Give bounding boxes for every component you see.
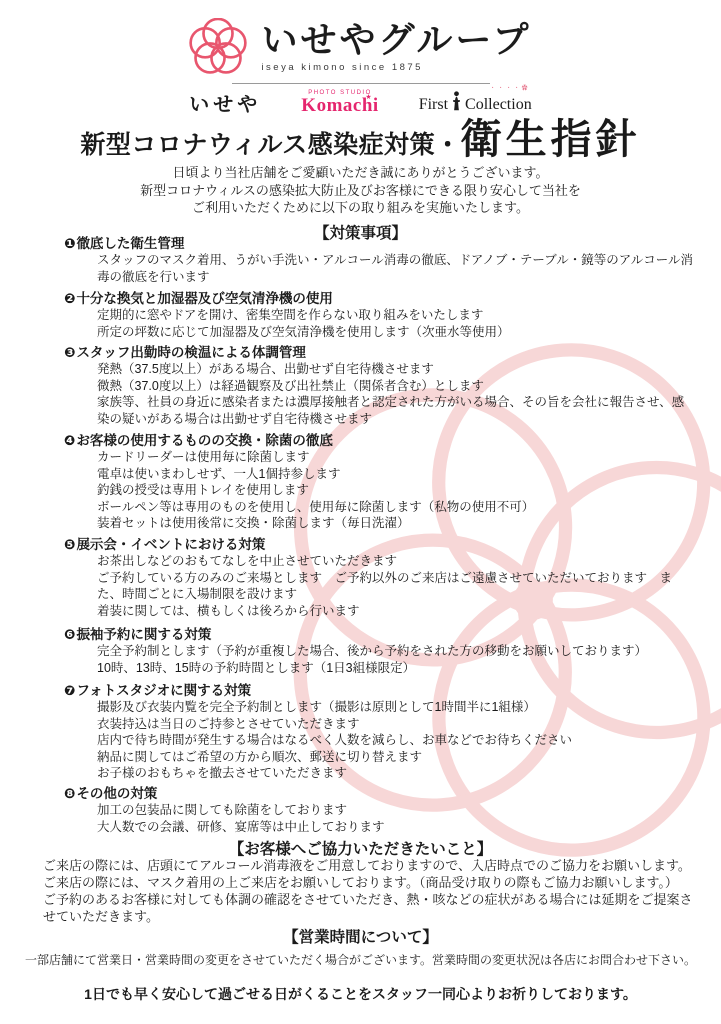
section-line: 所定の坪数に応じて加湿器及び空気清浄機を使用します（次亜水等使用） — [97, 324, 696, 341]
section-ventilation: ❷十分な換気と加湿器及び空気清浄機の使用 定期的に窓やドアを開け、密集空間を作ら… — [64, 291, 696, 340]
section-heading: ❹お客様の使用するものの交換・除菌の徹底 — [64, 433, 696, 449]
section-line: 着装に関しては、横もしくは後ろから行います — [97, 603, 696, 620]
section-line: 10時、13時、15時の予約時間とします（1日3組様限定） — [97, 660, 696, 677]
section-title: その他の対策 — [76, 786, 157, 801]
logo-text-column: いせやグループ iseya kimono since 1875 — [261, 21, 531, 73]
section-photo-studio: ❼フォトスタジオに関する対策 撮影及び衣装内覧を完全予約制とします（撮影は原則と… — [64, 683, 696, 782]
customer-heading: 【お客様へご協力いただきたいこと】 — [0, 837, 721, 859]
section-heading: ❶徹底した衛生管理 — [64, 236, 696, 252]
section-title: 十分な換気と加湿器及び空気清浄機の使用 — [76, 291, 333, 306]
section-number: ❻ — [64, 627, 75, 642]
section-body: 定期的に窓やドアを開け、密集空間を作らない取り組みをいたします 所定の坪数に応じ… — [64, 307, 696, 340]
group-name: いせやグループ — [261, 21, 531, 59]
section-number: ❼ — [64, 683, 75, 698]
closing-message: 1日でも早く安心して過ごせる日がくることをスタッフ一同心よりお祈りしております。 — [0, 984, 721, 1004]
page-root: いせやグループ iseya kimono since 1875 いせや PHOT… — [0, 0, 721, 1024]
logo-row: いせやグループ iseya kimono since 1875 — [0, 18, 721, 76]
title-emphasis: 衛生指針 — [461, 116, 641, 162]
section-title: 徹底した衛生管理 — [76, 236, 184, 251]
first-collection-deco-icon: ・・・・✿ — [490, 83, 530, 92]
section-customer-items: ❹お客様の使用するものの交換・除菌の徹底 カードリーダーは使用毎に除菌します 電… — [64, 433, 696, 532]
section-title: 振袖予約に関する対策 — [76, 627, 211, 642]
customer-paragraph: ご来店の際には、店頭にてアルコール消毒液をご用意しておりますので、入店時点でのご… — [43, 857, 693, 925]
section-body: 加工の包装品に関しても除菌をしております 大人数での会議、研修、宴席等は中止して… — [64, 802, 696, 835]
hours-note: 一部店舗にて営業日・営業時間の変更をさせていただく場合がございます。営業時間の変… — [0, 951, 721, 968]
section-line: 微熱（37.0度以上）は経過観察及び出社禁止（関係者含む）とします — [97, 378, 696, 395]
section-furisode: ❻振袖予約に関する対策 完全予約制とします（予約が重複した場合、後から予約をされ… — [64, 627, 696, 676]
section-line: 撮影及び衣装内覧を完全予約制とします（撮影は原則として1時間半に1組様） — [97, 699, 696, 716]
section-body: カードリーダーは使用毎に除菌します 電卓は使いまわしせず、一人1個持参します 釣… — [64, 449, 696, 532]
section-line: 衣装持込は当日のご持参とさせていただきます — [97, 716, 696, 733]
section-line: 電卓は使いまわしせず、一人1個持参します — [97, 466, 696, 483]
section-title: スタッフ出勤時の検温による体調管理 — [76, 345, 306, 360]
section-line: 発熱（37.5度以上）がある場合、出勤せず自宅待機させます — [97, 361, 696, 378]
section-line: 完全予約制とします（予約が重複した場合、後から予約をされた方の移動をお願いしてお… — [97, 643, 696, 660]
page-title: 新型コロナウィルス感染症対策・衛生指針 — [0, 106, 721, 165]
flower-logo-icon — [189, 18, 247, 76]
customer-line: ご来店の際には、店頭にてアルコール消毒液をご用意しておりますので、入店時点でのご… — [43, 857, 693, 874]
section-line: 納品に関してはご希望の方から順次、郵送に切り替えます — [97, 749, 696, 766]
komachi-star-icon: ★ — [365, 94, 371, 101]
section-number: ❷ — [64, 291, 75, 306]
intro-line-1: 日頃より当社店舗をご愛顧いただき誠にありがとうございます。 — [0, 164, 721, 182]
hours-heading: 【営業時間について】 — [0, 925, 721, 947]
section-line: お茶出しなどのおもてなしを中止させていただきます — [97, 553, 696, 570]
section-title: フォトスタジオに関する対策 — [76, 683, 251, 698]
section-line: 加工の包装品に関しても除菌をしております — [97, 802, 696, 819]
section-number: ❺ — [64, 537, 75, 552]
section-number: ❽ — [64, 786, 75, 801]
section-line: 大人数での会議、研修、宴席等は中止しております — [97, 819, 696, 836]
section-line: ご予約している方のみのご来場とします ご予約以外のご来店はご遠慮させていただいて… — [97, 570, 696, 603]
section-body: スタッフのマスク着用、うがい手洗い・アルコール消毒の徹底、ドアノブ・テーブル・鏡… — [64, 252, 696, 285]
section-line: 定期的に窓やドアを開け、密集空間を作らない取り組みをいたします — [97, 307, 696, 324]
section-line: カードリーダーは使用毎に除菌します — [97, 449, 696, 466]
section-heading: ❽その他の対策 — [64, 786, 696, 802]
section-body: 完全予約制とします（予約が重複した場合、後から予約をされた方の移動をお願いしてお… — [64, 643, 696, 676]
section-heading: ❺展示会・イベントにおける対策 — [64, 537, 696, 553]
section-body: 撮影及び衣装内覧を完全予約制とします（撮影は原則として1時間半に1組様） 衣装持… — [64, 699, 696, 782]
section-line: 家族等、社員の身近に感染者または濃厚接触者と認定された方がいる場合、その旨を会社… — [97, 394, 696, 427]
section-number: ❶ — [64, 236, 75, 251]
title-main: 新型コロナウィルス感染症対策・ — [80, 131, 460, 159]
header-logo-block: いせやグループ iseya kimono since 1875 いせや PHOT… — [0, 18, 721, 115]
tagline: iseya kimono since 1875 — [261, 62, 531, 73]
intro-line-3: ご利用いただくために以下の取り組みを実施いたします。 — [0, 199, 721, 217]
intro-paragraph: 日頃より当社店舗をご愛顧いただき誠にありがとうございます。 新型コロナウィルスの… — [0, 164, 721, 217]
section-heading: ❷十分な換気と加湿器及び空気清浄機の使用 — [64, 291, 696, 307]
section-heading: ❸スタッフ出勤時の検温による体調管理 — [64, 345, 696, 361]
section-number: ❹ — [64, 433, 75, 448]
customer-line: ご予約のあるお客様に対しても体調の確認をさせていただき、熱・咳などの症状がある場… — [43, 891, 693, 925]
section-line: 店内で待ち時間が発生する場合はなるべく人数を減らし、お車などでお待ちください — [97, 732, 696, 749]
intro-line-2: 新型コロナウィルスの感染拡大防止及びお客様にできる限り安心して当社を — [0, 182, 721, 200]
section-line: スタッフのマスク着用、うがい手洗い・アルコール消毒の徹底、ドアノブ・テーブル・鏡… — [97, 252, 696, 285]
section-staff-health: ❸スタッフ出勤時の検温による体調管理 発熱（37.5度以上）がある場合、出勤せず… — [64, 345, 696, 427]
section-line: 装着セットは使用後常に交換・除菌します（毎日洗濯） — [97, 515, 696, 532]
section-line: お子様のおもちゃを撤去させていただきます — [97, 765, 696, 782]
section-other: ❽その他の対策 加工の包装品に関しても除菌をしております 大人数での会議、研修、… — [64, 786, 696, 835]
section-hygiene: ❶徹底した衛生管理 スタッフのマスク着用、うがい手洗い・アルコール消毒の徹底、ド… — [64, 236, 696, 285]
section-title: お客様の使用するものの交換・除菌の徹底 — [76, 433, 333, 448]
section-line: ボールペン等は専用のものを使用し、使用毎に除菌します（私物の使用不可） — [97, 499, 696, 516]
brand-divider — [232, 83, 490, 84]
section-heading: ❼フォトスタジオに関する対策 — [64, 683, 696, 699]
customer-line: ご来店の際には、マスク着用の上ご来店をお願いしております。（商品受け取りの際もご… — [43, 874, 693, 891]
section-title: 展示会・イベントにおける対策 — [76, 537, 265, 552]
section-body: お茶出しなどのおもてなしを中止させていただきます ご予約している方のみのご来場と… — [64, 553, 696, 619]
section-number: ❸ — [64, 345, 75, 360]
section-line: 釣銭の授受は専用トレイを使用します — [97, 482, 696, 499]
section-body: 発熱（37.5度以上）がある場合、出勤せず自宅待機させます 微熱（37.0度以上… — [64, 361, 696, 427]
section-heading: ❻振袖予約に関する対策 — [64, 627, 696, 643]
section-events: ❺展示会・イベントにおける対策 お茶出しなどのおもてなしを中止させていただきます… — [64, 537, 696, 619]
